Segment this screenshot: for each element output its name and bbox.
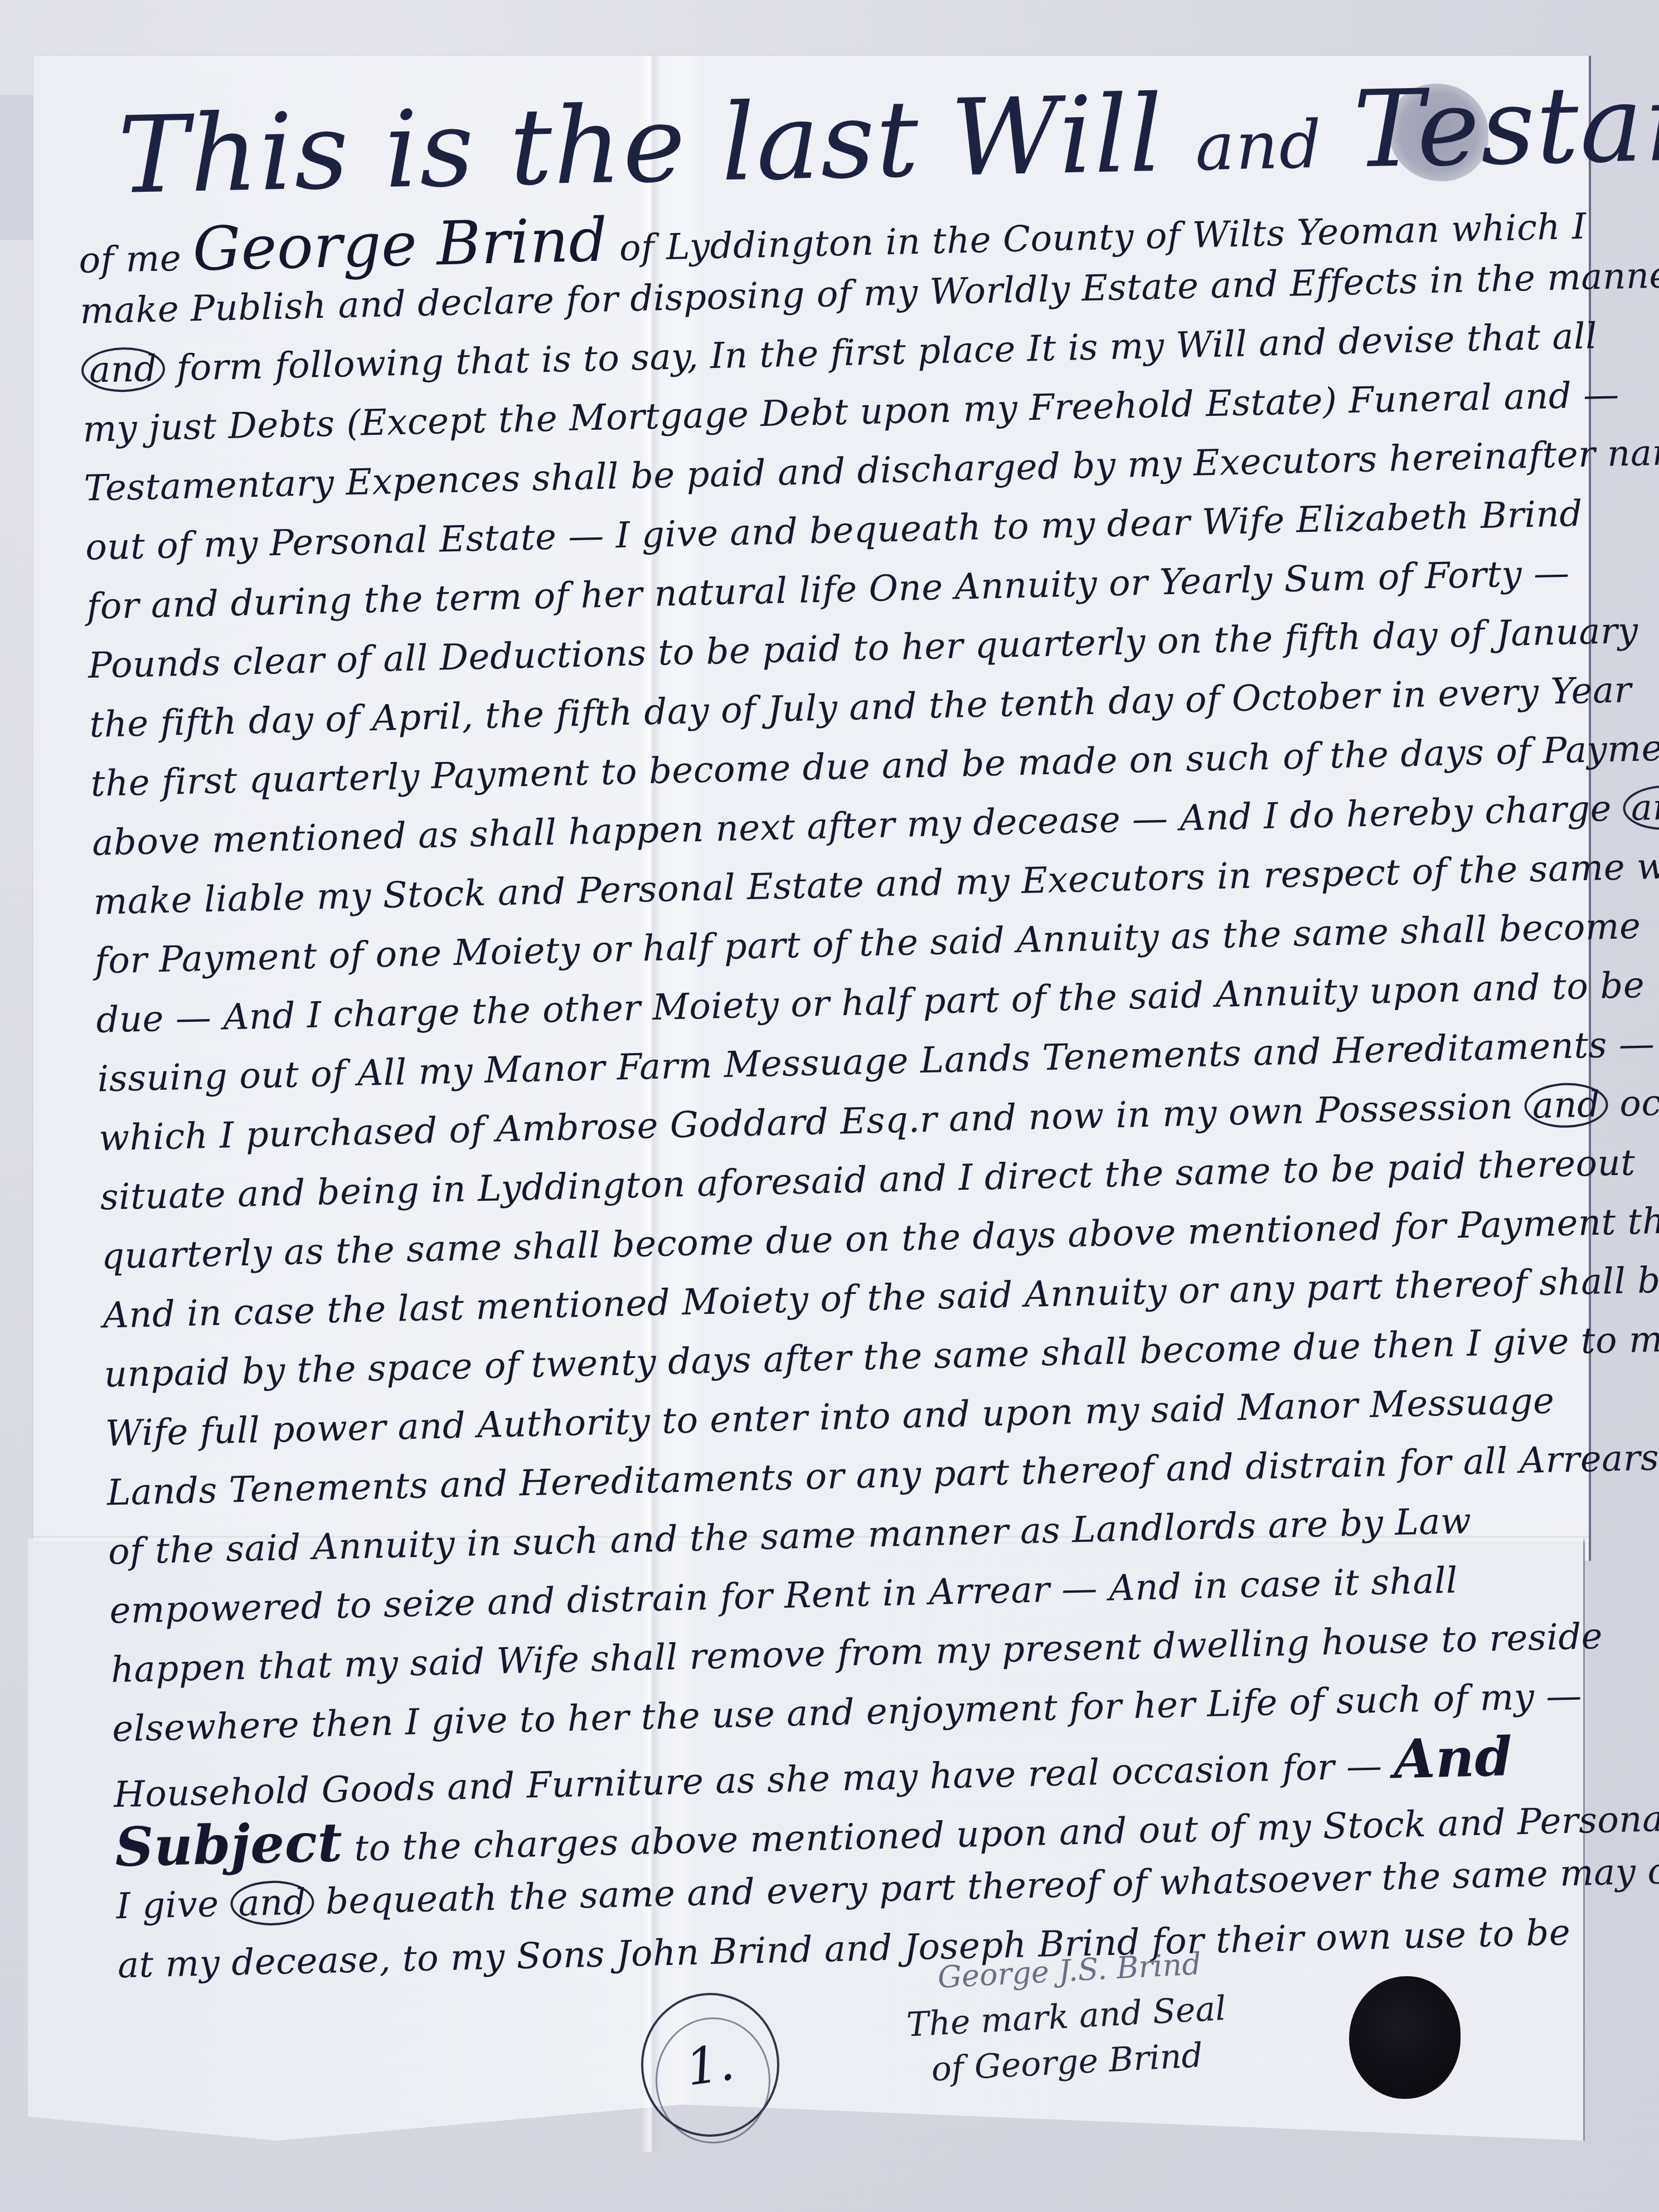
page-number-circle: 1. <box>641 1993 779 2137</box>
will-body: of me George Brind of Lyddington in the … <box>78 188 1634 1995</box>
signature-block: George J.S. Brind The mark and Seal of G… <box>903 1940 1230 2094</box>
wax-seal-icon <box>1349 1976 1461 2099</box>
circled-word: and <box>1524 1082 1609 1128</box>
title-part1: This is the last <box>117 77 921 217</box>
page-number: 1. <box>682 2032 738 2097</box>
circled-word: and <box>230 1880 315 1926</box>
title-part2: Will <box>949 72 1165 200</box>
circled-word: and <box>81 347 166 393</box>
title-part3: and <box>1195 106 1323 186</box>
title-part4: Testament <box>1352 56 1659 191</box>
